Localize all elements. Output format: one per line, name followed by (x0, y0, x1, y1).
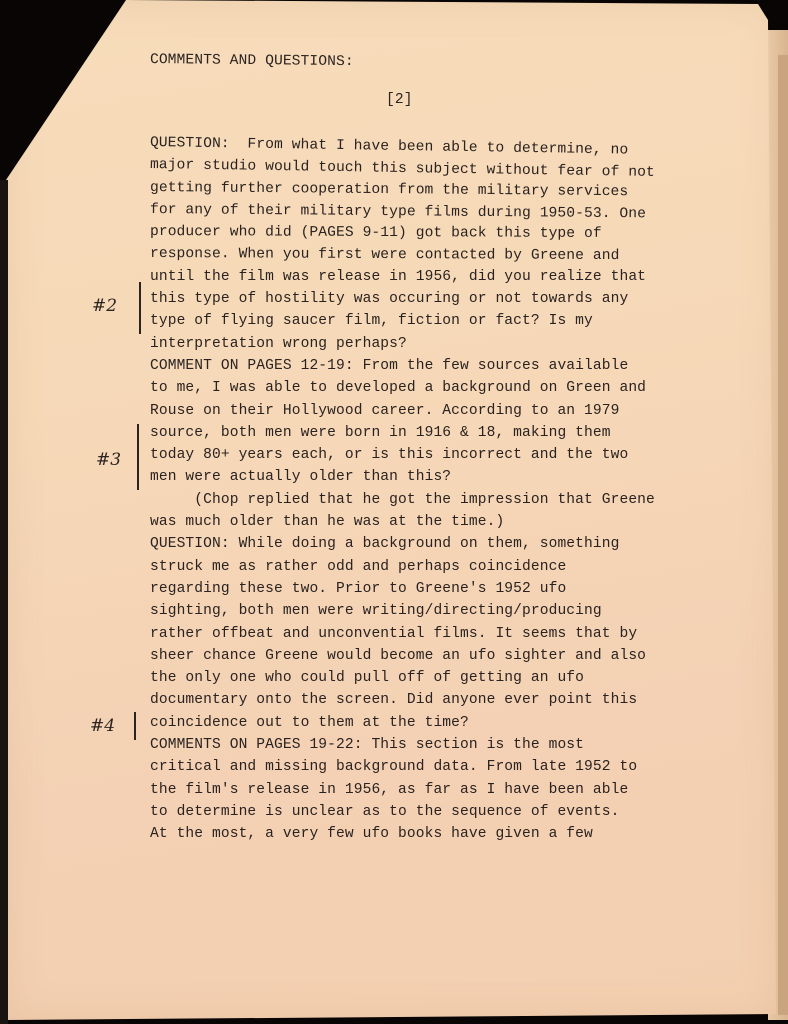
margin-note-2: #2 (92, 296, 117, 316)
text-line: COMMENT ON PAGES 12-19: From the few sou… (150, 355, 655, 377)
text-line: At the most, a very few ufo books have g… (150, 823, 655, 845)
text-line: documentary onto the screen. Did anyone … (150, 689, 655, 711)
text-line: rather offbeat and unconvential films. I… (150, 623, 655, 645)
text-line: QUESTION: While doing a background on th… (150, 533, 655, 555)
text-line: producer who did (PAGES 9-11) got back t… (150, 221, 655, 245)
page-edge (0, 180, 8, 1024)
text-line: to determine is unclear as to the sequen… (150, 801, 655, 823)
text-line: COMMENTS ON PAGES 19-22: This section is… (150, 734, 655, 756)
text-line: was much older than he was at the time.) (150, 511, 655, 533)
text-line: coincidence out to them at the time? (150, 712, 655, 734)
body-text: QUESTION: From what I have been able to … (150, 132, 655, 846)
text-line: this type of hostility was occuring or n… (150, 288, 655, 310)
underlying-sheet-edge (778, 55, 788, 1015)
text-line: sighting, both men were writing/directin… (150, 600, 655, 622)
text-line: until the film was release in 1956, did … (150, 266, 655, 288)
text-line: struck me as rather odd and perhaps coin… (150, 556, 655, 578)
text-line: critical and missing background data. Fr… (150, 756, 655, 778)
text-line: interpretation wrong perhaps? (150, 333, 655, 355)
text-line: sheer chance Greene would become an ufo … (150, 645, 655, 667)
page-number: [2] (386, 92, 413, 108)
text-line: today 80+ years each, or is this incorre… (150, 444, 655, 466)
scanned-page-view: COMMENTS AND QUESTIONS: [2] QUESTION: Fr… (0, 0, 788, 1024)
text-line: response. When you first were contacted … (150, 243, 655, 267)
text-line: regarding these two. Prior to Greene's 1… (150, 578, 655, 600)
margin-note-3: #3 (96, 450, 121, 470)
text-line: men were actually older than this? (150, 466, 655, 488)
text-line: source, both men were born in 1916 & 18,… (150, 422, 655, 444)
text-line: to me, I was able to developed a backgro… (150, 377, 655, 399)
margin-bracket-4 (134, 712, 136, 740)
text-line: the only one who could pull off of getti… (150, 667, 655, 689)
text-line: type of flying saucer film, fiction or f… (150, 310, 655, 332)
margin-bracket-2 (139, 282, 141, 334)
margin-note-4: #4 (90, 716, 115, 736)
margin-bracket-3 (137, 424, 139, 490)
text-line: (Chop replied that he got the impression… (150, 489, 655, 511)
text-line: the film's release in 1956, as far as I … (150, 779, 655, 801)
text-line: Rouse on their Hollywood career. Accordi… (150, 400, 655, 422)
document-heading: COMMENTS AND QUESTIONS: (150, 52, 354, 70)
